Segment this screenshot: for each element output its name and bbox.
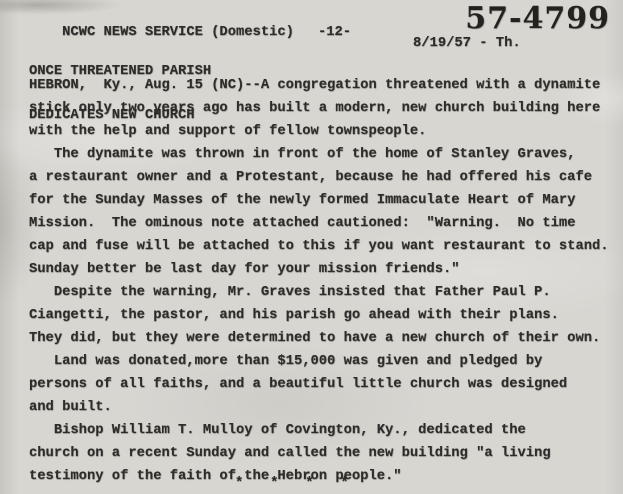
body-text-line: HEBRON, Ky., Aug. 15 (NC)--A congregatio… — [29, 74, 609, 97]
body-text-line: persons of all faiths, and a beautiful l… — [29, 373, 609, 396]
body-text-line: Sunday better be last day for your missi… — [29, 258, 609, 281]
body-text-line: church on a recent Sunday and called the… — [29, 442, 609, 465]
body-text-line: stick only two years ago has built a mod… — [29, 97, 609, 120]
article-body: HEBRON, Ky., Aug. 15 (NC)--A congregatio… — [29, 74, 609, 488]
body-text-line: The dynamite was thrown in front of the … — [29, 143, 609, 166]
body-text-line: Bishop William T. Mulloy of Covington, K… — [29, 419, 609, 442]
body-text-line: Mission. The ominous note attached cauti… — [29, 212, 609, 235]
release-number-stamp: 57-4799 — [465, 1, 610, 36]
end-marks: * * * * — [235, 476, 349, 491]
body-text-line: cap and fuse will be attached to this if… — [29, 235, 609, 258]
body-text-line: Despite the warning, Mr. Graves insisted… — [29, 281, 609, 304]
body-text-line: a restaurant owner and a Protestant, bec… — [29, 166, 609, 189]
dateline: 8/19/57 - Th. — [413, 36, 521, 51]
body-text-line: They did, but they were determined to ha… — [29, 327, 609, 350]
body-text-line: with the help and support of fellow town… — [29, 120, 609, 143]
page-number: -12- — [318, 25, 351, 40]
body-text-line: for the Sunday Masses of the newly forme… — [29, 189, 609, 212]
body-text-line: Ciangetti, the pastor, and his parish go… — [29, 304, 609, 327]
body-text-line: and built. — [29, 396, 609, 419]
scanned-press-release-page: NCWC NEWS SERVICE (Domestic)-12- 57-4799… — [0, 0, 623, 494]
body-text-line: Land was donated,more than $15,000 was g… — [29, 350, 609, 373]
